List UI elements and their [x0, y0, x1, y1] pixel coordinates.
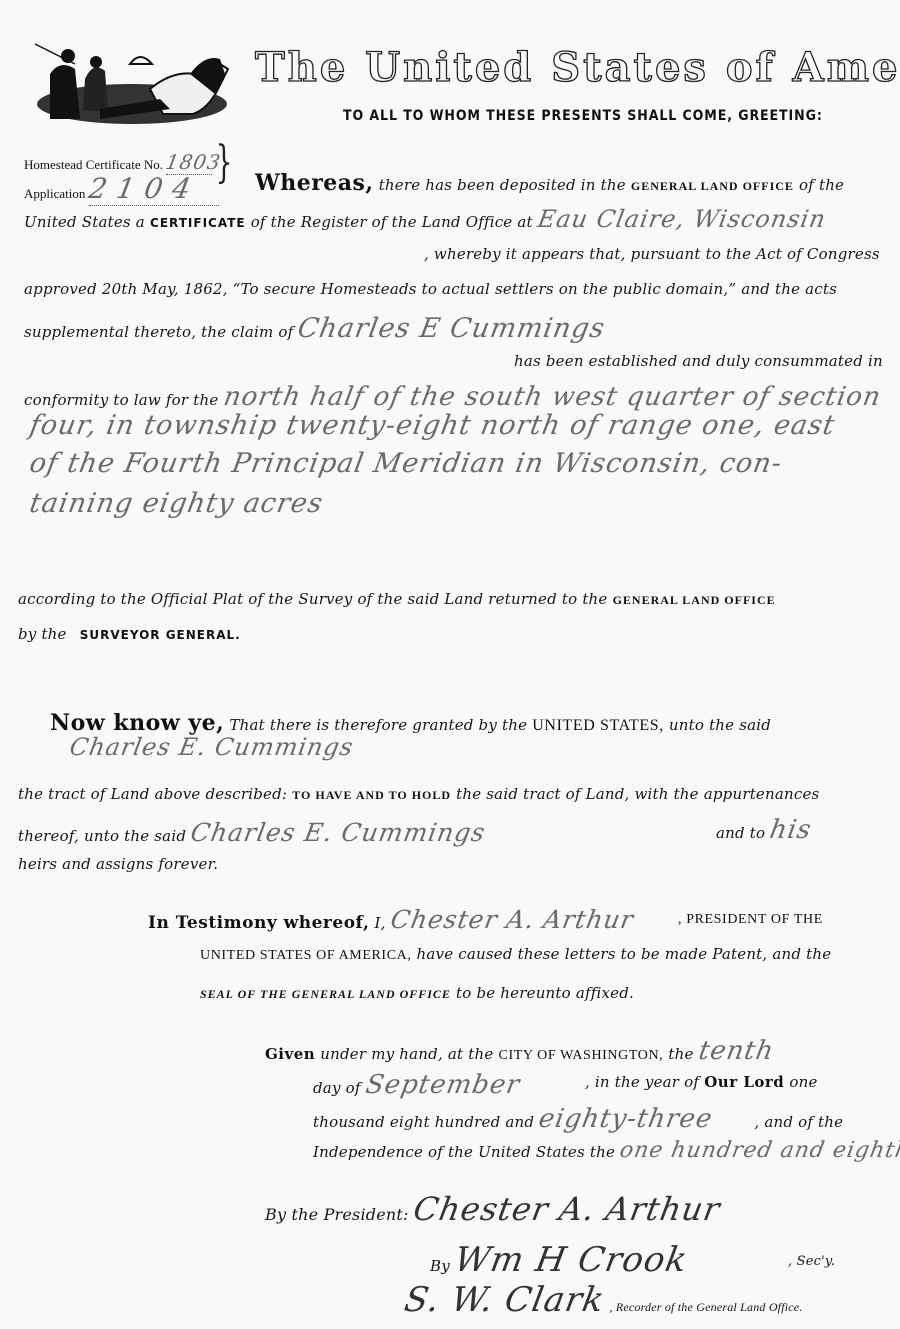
testimony-line-3: SEAL OF THE GENERAL LAND OFFICE to be he… [200, 983, 634, 1002]
heir-pronoun: his [768, 815, 815, 845]
whereas-line-1: Whereas, there has been deposited in the… [255, 170, 844, 196]
land-description-1: north half of the south west quarter of … [221, 382, 883, 412]
whereas-line-6: has been established and duly consummate… [514, 352, 883, 370]
farm-engraving-icon [30, 34, 235, 130]
grant-line-3-end: and to his [716, 815, 812, 845]
testimony-line-1: In Testimony whereof, I, Chester A. Arth… [148, 905, 633, 934]
given-line-1: Given under my hand, at the CITY OF WASH… [265, 1036, 773, 1066]
recorder-signature: S. W. Clark [401, 1280, 607, 1320]
brace-divider: } [216, 137, 233, 188]
greeting: TO ALL TO WHOM THESE PRESENTS SHALL COME… [343, 108, 823, 124]
grant-line-3: thereof, unto the said Charles E. Cummin… [18, 818, 486, 847]
secretary-signature: Wm H Crook [451, 1240, 690, 1280]
land-office-location: Eau Claire, Wisconsin [535, 205, 828, 233]
whereas-line-7: conformity to law for the north half of … [24, 382, 880, 412]
grantee-name: Charles E. Cummings [68, 733, 356, 761]
given-line-2-end: , in the year of Our Lord one [585, 1072, 818, 1091]
testimony-line-1-end: , PRESIDENT OF THE [678, 912, 823, 928]
president-name: Chester A. Arthur [388, 905, 636, 934]
whereas-line-4: approved 20th May, 1862, “To secure Home… [24, 280, 837, 298]
recorder-line: S. W. Clark , Recorder of the General La… [405, 1280, 803, 1320]
application-number: 2104 [86, 172, 203, 205]
whereas-line-2: United States a CERTIFICATE of the Regis… [24, 205, 826, 233]
claimant-name: Charles E Cummings [296, 313, 608, 344]
document-title: The United States of America, [255, 44, 900, 91]
secretary-line: By Wm H Crook [430, 1240, 687, 1280]
land-description-4: taining eighty acres [27, 488, 325, 519]
president-signature: Chester A. Arthur [410, 1190, 723, 1228]
given-line-3: thousand eight hundred and eighty-three … [313, 1104, 843, 1134]
whereas-line-3: , whereby it appears that, pursuant to t… [424, 245, 880, 263]
secretary-title: , Sec'y. [788, 1254, 835, 1269]
land-description-2: four, in township twenty-eight north of … [27, 410, 837, 441]
by-the-president-line: By the President: Chester A. Arthur [265, 1190, 720, 1228]
given-year: eighty-three [537, 1104, 752, 1134]
grant-line-4: heirs and assigns forever. [18, 855, 218, 873]
application-label: Application 2104 [24, 172, 219, 206]
testimony-line-2: UNITED STATES OF AMERICA, have caused th… [200, 944, 831, 964]
given-line-2: day of September [313, 1070, 546, 1100]
independence-year: one hundred and eighth [618, 1138, 900, 1163]
given-day: tenth [696, 1036, 776, 1066]
given-line-4: Independence of the United States the on… [313, 1138, 900, 1163]
certificate-number: 1803 [164, 150, 223, 174]
given-month: September [363, 1070, 548, 1100]
whereas-line-5: supplemental thereto, the claim of Charl… [24, 313, 605, 344]
grantee-name-2: Charles E. Cummings [189, 818, 488, 847]
land-description-3: of the Fourth Principal Meridian in Wisc… [27, 448, 784, 479]
whereas-line-8: according to the Official Plat of the Su… [18, 589, 776, 608]
grant-line-2: the tract of Land above described: TO HA… [18, 784, 819, 803]
whereas-line-9: by the SURVEYOR GENERAL. [18, 624, 241, 643]
